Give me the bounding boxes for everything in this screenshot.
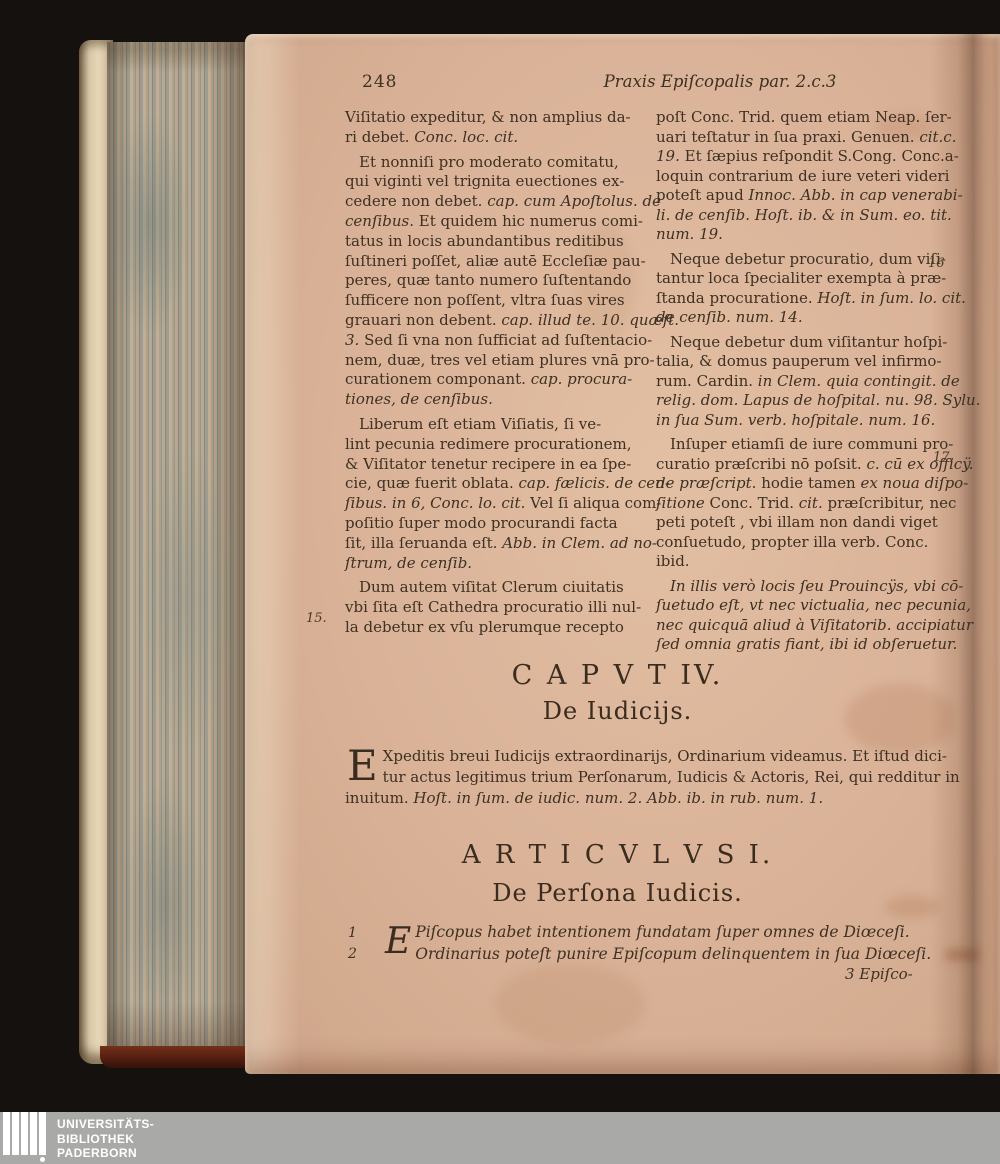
text-segment-italic: cit.c.: [919, 128, 956, 146]
text-segment: rum. Cardin.: [656, 372, 758, 390]
paragraph: Dum autem viſitat Clerum ciuitatisvbi ſi…: [345, 578, 648, 637]
margin-note-16: 16: [928, 256, 945, 271]
text-line: ſibus. in 6, Conc. lo. cit. Vel ſi aliqu…: [345, 494, 648, 514]
text-line: curatio præſcribi nō poſsit. c. cū ex of…: [656, 455, 959, 475]
chapter-subheading: De Iudicijs.: [345, 697, 890, 725]
text-line: peti poteſt , vbi illam non dandi viget: [656, 513, 959, 533]
library-name-line: PADERBORN: [57, 1146, 154, 1161]
text-segment: ri debet.: [345, 128, 414, 146]
item-text-2: Ordinarius poteſt punire Epiſcopum delin…: [385, 944, 959, 966]
text-segment-italic: Hoſt. in ſum. de iudic. num. 2. Abb. ib.…: [413, 789, 823, 807]
text-segment-italic: Abb. in Clem. ad no-: [502, 534, 657, 552]
article-heading: A R T I C V L V S I.: [345, 840, 890, 870]
text-segment-italic: ſuetudo eſt, vt nec victualia, nec pecun…: [656, 596, 971, 614]
text-segment: Viſitatio expeditur, & non amplius da-: [345, 108, 631, 126]
article-items: 1 2 E Piſcopus habet intentionem fundata…: [345, 922, 959, 965]
text-segment-italic: cenſibus.: [345, 212, 414, 230]
text-segment: curationem componant.: [345, 370, 531, 388]
text-segment-italic: nec quicquā aliud à Viſitatorib. accipia…: [656, 616, 973, 634]
text-segment-italic: 19.: [656, 147, 680, 165]
text-line: ſufficere non poſſent, vltra ſuas vires: [345, 291, 648, 311]
chapter-paragraph-lines: Xpeditis breui Iudicijs extraordinarijs,…: [345, 746, 963, 809]
text-segment: tantur loca ſpecialiter exempta à præ-: [656, 269, 946, 287]
text-line: talia, & domus pauperum vel infirmo-: [656, 352, 959, 372]
page-stack-fore-edge: [107, 42, 248, 1056]
text-segment: cedere non debet.: [345, 192, 487, 210]
item-number-1: 1: [348, 925, 357, 941]
article-subheading: De Perſona Iudicis.: [345, 879, 890, 907]
text-segment-italic: relig. dom. Lapus de hoſpital. nu. 98. S…: [656, 391, 980, 409]
text-segment-italic: tiones, de cenſibus.: [345, 390, 493, 408]
library-name-line: BIBLIOTHEK: [57, 1132, 154, 1147]
text-line: Dum autem viſitat Clerum ciuitatis: [345, 578, 648, 598]
paragraph: Viſitatio expeditur, & non amplius da-ri…: [345, 108, 648, 148]
page-number: 248: [362, 72, 397, 92]
text-line: la debetur ex vſu plerumque recepto: [345, 618, 648, 638]
margin-note-15: 15.: [306, 611, 327, 626]
text-line: ſtrum, de cenſib.: [345, 554, 648, 574]
text-segment-italic: ſitione: [656, 494, 705, 512]
text-segment-italic: cap. cum Apoſtolus. de: [487, 192, 661, 210]
text-segment-italic: in ſua Sum. verb. hoſpitale. num. 16.: [656, 411, 935, 429]
text-line: curationem componant. cap. procura-: [345, 370, 648, 390]
text-line: loquin contrarium de iure veteri videri: [656, 167, 959, 187]
text-line: cedere non debet. cap. cum Apoſtolus. de: [345, 192, 648, 212]
text-line: in ſua Sum. verb. hoſpitale. num. 16.: [656, 411, 959, 431]
text-line: ſitione Conc. Trid. cit. præſcribitur, n…: [656, 494, 959, 514]
text-segment: uari teſtatur in ſua praxi. Genuen.: [656, 128, 919, 146]
text-segment-italic: de præſcript.: [656, 474, 756, 492]
text-line: poſt Conc. Trid. quem etiam Neap. ſer-: [656, 108, 959, 128]
item-text-1: Piſcopus habet intentionem fundatam ſupe…: [385, 922, 959, 944]
text-segment-italic: li. de cenſib. Hoſt. ib. & in Sum. eo. t…: [656, 206, 952, 224]
running-title: Praxis Epiſcopalis par. 2.c.3: [545, 72, 895, 91]
text-segment: grauari non debent.: [345, 311, 501, 329]
text-segment: Vel ſi aliqua com-: [525, 494, 661, 512]
text-segment-italic: Hoſt. in ſum. lo. cit.: [817, 289, 966, 307]
text-line: & Viſitator tenetur recipere in ea ſpe-: [345, 455, 648, 475]
text-segment-italic: ſed omnia gratis fiant, ibi id obſeruetu…: [656, 635, 957, 653]
text-line: grauari non debent. cap. illud te. 10. q…: [345, 311, 648, 331]
text-columns: Viſitatio expeditur, & non amplius da-ri…: [345, 108, 959, 655]
text-line: ſuſtineri poſſet, aliæ autē Eccleſiæ pau…: [345, 252, 648, 272]
text-segment: Conc. Trid.: [705, 494, 799, 512]
text-line: relig. dom. Lapus de hoſpital. nu. 98. S…: [656, 391, 959, 411]
text-segment: Neque debetur dum viſitantur hoſpi-: [670, 333, 947, 351]
text-line: Liberum eſt etiam Viſiatis, ſi ve-: [345, 415, 648, 435]
text-segment: peti poteſt , vbi illam non dandi viget: [656, 513, 938, 531]
text-segment: vbi ſita eſt Cathedra procuratio illi nu…: [345, 598, 641, 616]
text-line: 19. Et ſæpius reſpondit S.Cong. Conc.a-: [656, 147, 959, 167]
text-line: Xpeditis breui Iudicijs extraordinarijs,…: [345, 746, 963, 767]
paragraph: Inſuper etiamſi de iure communi pro-cura…: [656, 435, 959, 572]
text-segment: poſt Conc. Trid. quem etiam Neap. ſer-: [656, 108, 952, 126]
text-line: ſtanda procuratione. Hoſt. in ſum. lo. c…: [656, 289, 959, 309]
text-line: Neque debetur procuratio, dum viſi-: [656, 250, 959, 270]
text-segment: inuitum.: [345, 789, 413, 807]
text-line: tantur loca ſpecialiter exempta à præ-: [656, 269, 959, 289]
text-line: Et nonniſi pro moderato comitatu,: [345, 153, 648, 173]
item-number-2: 2: [348, 946, 357, 962]
text-line: nem, duæ, tres vel etiam plures vnā pro-: [345, 351, 648, 371]
paragraph: Liberum eſt etiam Viſiatis, ſi ve-lint p…: [345, 415, 648, 573]
text-line: Viſitatio expeditur, & non amplius da-: [345, 108, 648, 128]
text-segment-italic: de cenſib. num. 14.: [656, 308, 803, 326]
text-segment-italic: 3.: [345, 331, 359, 349]
paragraph: Neque debetur procuratio, dum viſi-tantu…: [656, 250, 959, 328]
chapter-paragraph: E Xpeditis breui Iudicijs extraordinarij…: [345, 746, 963, 809]
text-segment: curatio præſcribi nō poſsit.: [656, 455, 866, 473]
text-line: Neque debetur dum viſitantur hoſpi-: [656, 333, 959, 353]
article-items-body: E Piſcopus habet intentionem fundatam ſu…: [385, 922, 959, 965]
text-segment: ſtanda procuratione.: [656, 289, 817, 307]
text-line: num. 19.: [656, 225, 959, 245]
text-line: rum. Cardin. in Clem. quia contingit. de: [656, 372, 959, 392]
paragraph: Neque debetur dum viſitantur hoſpi-talia…: [656, 333, 959, 431]
text-segment: Liberum eſt etiam Viſiatis, ſi ve-: [359, 415, 601, 433]
text-segment: lint pecunia redimere procurationem,: [345, 435, 632, 453]
text-line: ri debet. Conc. loc. cit.: [345, 128, 648, 148]
text-line: conſuetudo, propter illa verb. Conc.: [656, 533, 959, 553]
text-segment: Et nonniſi pro moderato comitatu,: [359, 153, 619, 171]
paragraph: poſt Conc. Trid. quem etiam Neap. ſer-ua…: [656, 108, 959, 245]
catchword: 3 Epiſco-: [845, 965, 913, 983]
text-segment: Inſuper etiamſi de iure communi pro-: [670, 435, 953, 453]
text-line: tur actus legitimus trium Perſonarum, Iu…: [345, 767, 963, 788]
text-segment: qui viginti vel trignita euectiones ex-: [345, 172, 624, 190]
text-column-left: Viſitatio expeditur, & non amplius da-ri…: [345, 108, 648, 655]
text-segment-italic: in Clem. quia contingit. de: [758, 372, 960, 390]
page-header: 248 Praxis Epiſcopalis par. 2.c.3: [345, 72, 958, 96]
drop-cap-e-italic: E: [385, 922, 415, 960]
text-segment-italic: num. 19.: [656, 225, 723, 243]
text-line: poteſt apud Innoc. Abb. in cap venerabi-: [656, 186, 959, 206]
text-line: poſitio ſuper modo procurandi facta: [345, 514, 648, 534]
text-line: ſit, illa ſeruanda eſt. Abb. in Clem. ad…: [345, 534, 648, 554]
text-line: peres, quæ tanto numero ſuſtentando: [345, 271, 648, 291]
chapter-heading: C A P V T IV.: [345, 660, 890, 691]
text-line: In illis verò locis ſeu Prouincÿs, vbi c…: [656, 577, 959, 597]
text-segment-italic: cit.: [799, 494, 823, 512]
text-line: tatus in locis abundantibus reditibus: [345, 232, 648, 252]
text-segment: Dum autem viſitat Clerum ciuitatis: [359, 578, 624, 596]
paragraph: In illis verò locis ſeu Prouincÿs, vbi c…: [656, 577, 959, 655]
book-cover-bottom-edge: [100, 1046, 250, 1068]
library-footer-bar: UNIVERSITÄTS- BIBLIOTHEK PADERBORN: [0, 1112, 1000, 1164]
text-line: vbi ſita eſt Cathedra procuratio illi nu…: [345, 598, 648, 618]
text-segment-italic: cap. fælicis. de cen-: [518, 474, 669, 492]
text-segment: hodie tamen: [756, 474, 860, 492]
text-line: cenſibus. Et quidem hic numerus comi-: [345, 212, 648, 232]
text-segment: loquin contrarium de iure veteri videri: [656, 167, 949, 185]
text-line: uari teſtatur in ſua praxi. Genuen. cit.…: [656, 128, 959, 148]
text-segment: tatus in locis abundantibus reditibus: [345, 232, 624, 250]
text-segment: ſuſtineri poſſet, aliæ autē Eccleſiæ pau…: [345, 252, 646, 270]
text-segment: ſit, illa ſeruanda eſt.: [345, 534, 502, 552]
text-segment: ſufficere non poſſent, vltra ſuas vires: [345, 291, 625, 309]
text-line: de præſcript. hodie tamen ex noua diſpo-: [656, 474, 959, 494]
text-segment: Et ſæpius reſpondit S.Cong. Conc.a-: [680, 147, 959, 165]
text-segment-italic: cap. illud te. 10. quæſt.: [501, 311, 679, 329]
library-logo-bars-icon: [3, 1112, 51, 1164]
text-segment: talia, & domus pauperum vel infirmo-: [656, 352, 942, 370]
text-segment: tur actus legitimus trium Perſonarum, Iu…: [383, 768, 960, 786]
text-line: ſuetudo eſt, vt nec victualia, nec pecun…: [656, 596, 959, 616]
text-line: lint pecunia redimere procurationem,: [345, 435, 648, 455]
text-segment: la debetur ex vſu plerumque recepto: [345, 618, 624, 636]
library-name-line: UNIVERSITÄTS-: [57, 1117, 154, 1132]
text-segment: præſcribitur, nec: [823, 494, 957, 512]
text-segment: Neque debetur procuratio, dum viſi-: [670, 250, 946, 268]
text-segment: cie, quæ fuerit oblata.: [345, 474, 518, 492]
library-name: UNIVERSITÄTS- BIBLIOTHEK PADERBORN: [57, 1117, 154, 1161]
page-stain: [495, 964, 645, 1044]
text-line: 3. Sed ſi vna non ſufficiat ad ſuſtentac…: [345, 331, 648, 351]
text-segment: poſitio ſuper modo procurandi facta: [345, 514, 618, 532]
margin-note-17: 17.: [933, 450, 954, 465]
text-line: de cenſib. num. 14.: [656, 308, 959, 328]
text-segment-italic: ex noua diſpo-: [860, 474, 968, 492]
book-scan: 248 Praxis Epiſcopalis par. 2.c.3 Viſita…: [0, 0, 1000, 1164]
text-segment: nem, duæ, tres vel etiam plures vnā pro-: [345, 351, 655, 369]
text-line: cie, quæ fuerit oblata. cap. fælicis. de…: [345, 474, 648, 494]
text-line: li. de cenſib. Hoſt. ib. & in Sum. eo. t…: [656, 206, 959, 226]
text-segment-italic: c. cū ex officÿ.: [866, 455, 973, 473]
text-line: ibid.: [656, 552, 959, 572]
text-segment-italic: cap. procura-: [531, 370, 633, 388]
text-segment-italic: Innoc. Abb. in cap venerabi-: [748, 186, 962, 204]
text-segment-italic: ſtrum, de cenſib.: [345, 554, 472, 572]
text-segment-italic: ſibus. in 6, Conc. lo. cit.: [345, 494, 525, 512]
paragraph: Et nonniſi pro moderato comitatu,qui vig…: [345, 153, 648, 410]
drop-cap-e: E: [345, 746, 383, 786]
text-line: inuitum. Hoſt. in ſum. de iudic. num. 2.…: [345, 788, 963, 809]
text-column-right: poſt Conc. Trid. quem etiam Neap. ſer-ua…: [656, 108, 959, 655]
text-segment-italic: Conc. loc. cit.: [414, 128, 518, 146]
text-segment: & Viſitator tenetur recipere in ea ſpe-: [345, 455, 631, 473]
text-segment: Et quidem hic numerus comi-: [414, 212, 643, 230]
text-line: tiones, de cenſibus.: [345, 390, 648, 410]
text-line: nec quicquā aliud à Viſitatorib. accipia…: [656, 616, 959, 636]
text-line: Inſuper etiamſi de iure communi pro-: [656, 435, 959, 455]
text-segment: poteſt apud: [656, 186, 748, 204]
text-line: qui viginti vel trignita euectiones ex-: [345, 172, 648, 192]
text-segment-italic: In illis verò locis ſeu Prouincÿs, vbi c…: [670, 577, 963, 595]
text-segment: Sed ſi vna non ſufficiat ad ſuſtentacio-: [359, 331, 652, 349]
text-segment: peres, quæ tanto numero ſuſtentando: [345, 271, 631, 289]
text-segment: ibid.: [656, 552, 690, 570]
text-line: ſed omnia gratis fiant, ibi id obſeruetu…: [656, 635, 959, 655]
text-segment: Xpeditis breui Iudicijs extraordinarijs,…: [383, 747, 947, 765]
text-segment: conſuetudo, propter illa verb. Conc.: [656, 533, 928, 551]
book-page: 248 Praxis Epiſcopalis par. 2.c.3 Viſita…: [245, 34, 1000, 1074]
